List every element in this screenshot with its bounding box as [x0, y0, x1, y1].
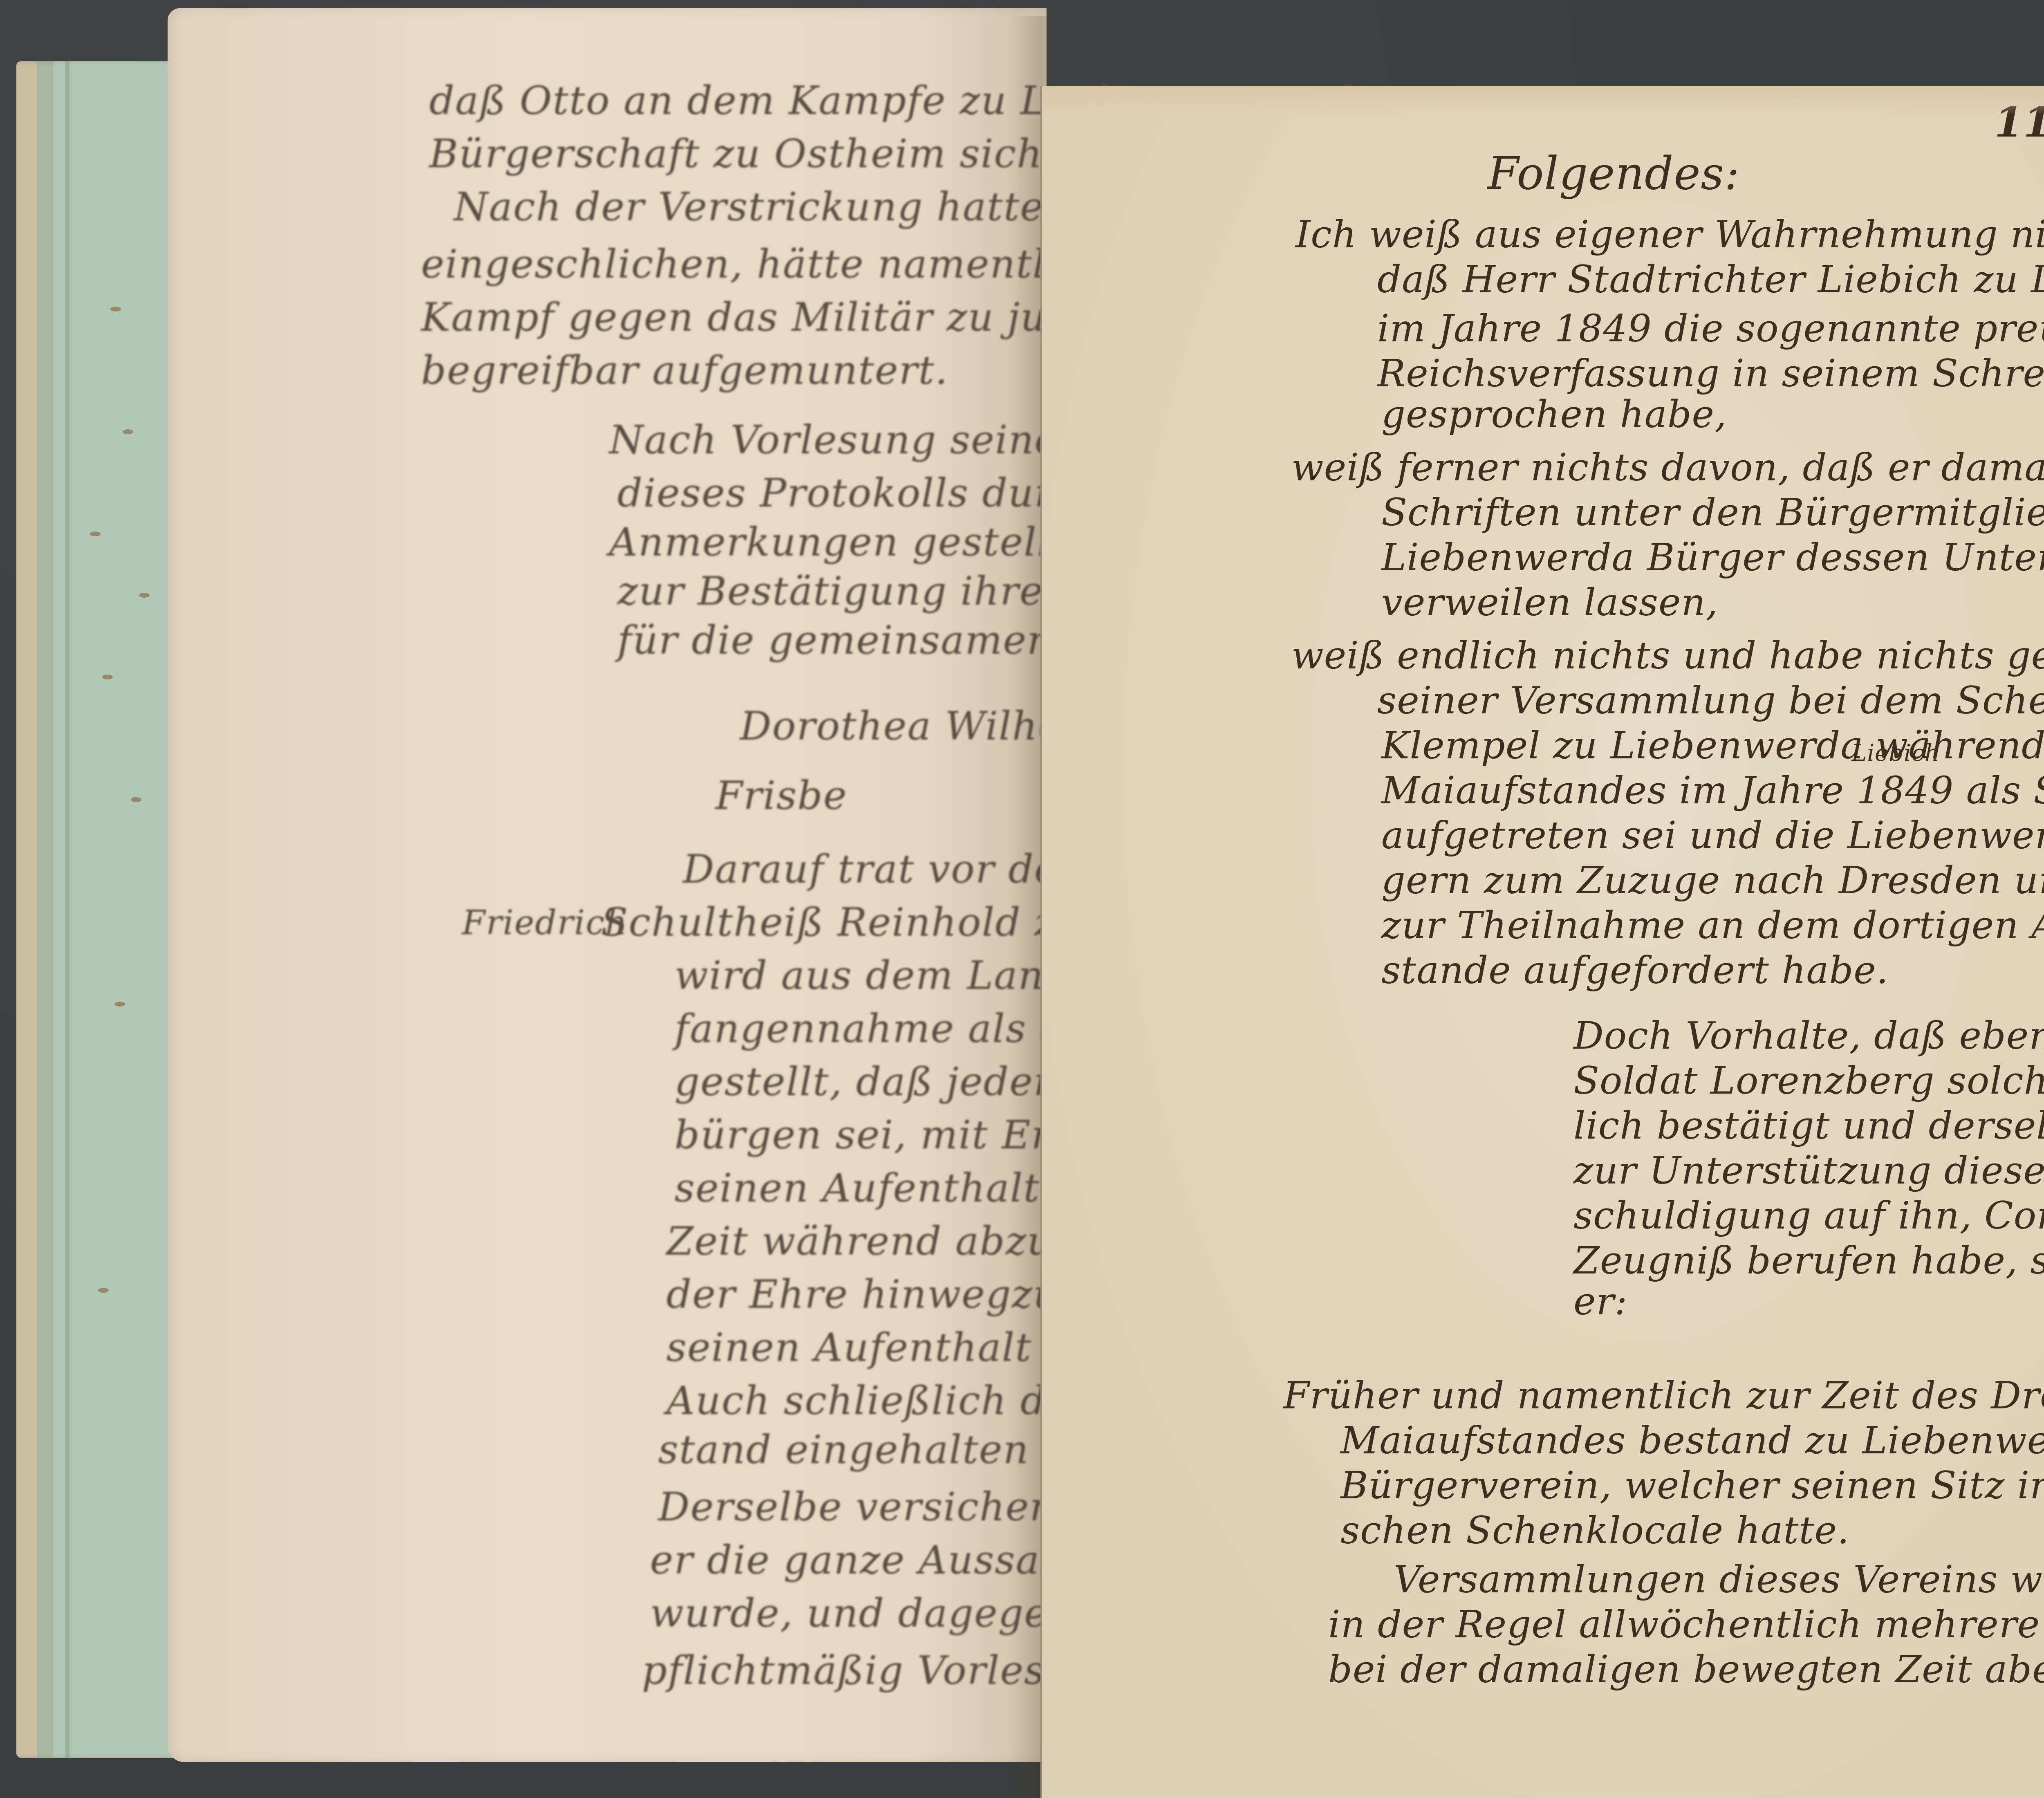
- text-line: aufgetreten sei und die Liebenwerdaer Bü…: [1381, 814, 2044, 857]
- foxing-stain: [110, 307, 121, 312]
- text-line: stande aufgefordert habe.: [1381, 948, 1889, 992]
- text-line: Maiaufstandes bestand zu Liebenwerda ein: [1340, 1419, 2044, 1462]
- foxing-stain: [114, 1002, 125, 1007]
- text-line: Früher und namentlich zur Zeit des Dresd…: [1283, 1374, 2044, 1417]
- text-line: daß Herr Stadtrichter Liebich zu Liebenw…: [1377, 258, 2044, 301]
- text-line: begreifbar aufgemuntert.: [421, 347, 948, 393]
- text-line: Liebenwerda Bürger dessen Unterschrift h…: [1381, 536, 2044, 579]
- text-line: Maiaufstandes im Jahre 1849 als Sprecher: [1381, 769, 2044, 812]
- signature: Frisbe: [715, 773, 847, 818]
- text-line: weiß ferner nichts davon, daß er damals …: [1291, 446, 2044, 489]
- text-line: gesprochen habe,: [1381, 392, 1727, 436]
- text-line: Versammlungen dieses Vereins wurden: [1394, 1558, 2044, 1601]
- text-line: Ich weiß aus eigener Wahrnehmung nichts …: [1295, 213, 2044, 256]
- text-line: verweilen lassen,: [1381, 581, 1718, 624]
- text-line: Klempel zu Liebenwerda während der Dresd…: [1381, 724, 2044, 767]
- left-page: daß Otto an dem Kampfe zu Leubitz gegen …: [168, 8, 1047, 1762]
- text-line: im Jahre 1849 die sogenannte preußische: [1377, 307, 2044, 350]
- interlinear-insertion: Liebich: [1851, 740, 1940, 767]
- margin-note: Friedrich: [462, 903, 628, 942]
- text-line: gern zum Zuzuge nach Dresden und: [1381, 859, 2044, 902]
- foxing-stain: [123, 429, 133, 434]
- text-line: schuldigung auf ihn, Comparenten: [1573, 1194, 2044, 1238]
- text-line: weiß endlich nichts und habe nichts gehö…: [1291, 634, 2044, 677]
- text-line: bei der damaligen bewegten Zeit aber zuw…: [1328, 1648, 2044, 1691]
- text-line: Bürgerverein, welcher seinen Sitz im Kle…: [1340, 1464, 2044, 1507]
- foxing-stain: [102, 675, 113, 679]
- text-line: seiner Versammlung bei dem Schenkwirth: [1377, 679, 2044, 722]
- foxing-stain: [90, 531, 101, 536]
- text-line: schen Schenklocale hatte.: [1340, 1509, 1849, 1552]
- page-heading: Folgendes:: [1488, 147, 1740, 200]
- text-line: Reichsverfassung in seinem Schreiben aus…: [1377, 352, 2044, 395]
- text-line: lich bestätigt und derselbe sich: [1573, 1104, 2044, 1148]
- foxing-stain: [139, 593, 150, 598]
- text-line: er:: [1573, 1280, 1627, 1323]
- text-line: Zeugniß berufen habe, sprach: [1573, 1239, 2044, 1282]
- text-line: zur Unterstützung dieser Be-: [1573, 1149, 2044, 1193]
- foxing-stain: [98, 1288, 109, 1293]
- page-number: 11.: [1995, 98, 2044, 146]
- text-line: Soldat Lorenzberg solches ausdrück-: [1573, 1059, 2044, 1103]
- right-page: 11. Folgendes: Ich weiß aus eigener Wahr…: [1040, 86, 2044, 1798]
- text-line: in der Regel allwöchentlich mehrere geha…: [1328, 1603, 2044, 1646]
- text-line: zur Theilnahme an dem dortigen Auf-: [1381, 903, 2044, 947]
- book-cover-edge: [16, 61, 192, 1758]
- text-line: Doch Vorhalte, daß eben der: [1573, 1014, 2044, 1058]
- text-line: Schriften unter den Bürgermitgliedern zu: [1381, 491, 2044, 534]
- foxing-stain: [131, 797, 141, 802]
